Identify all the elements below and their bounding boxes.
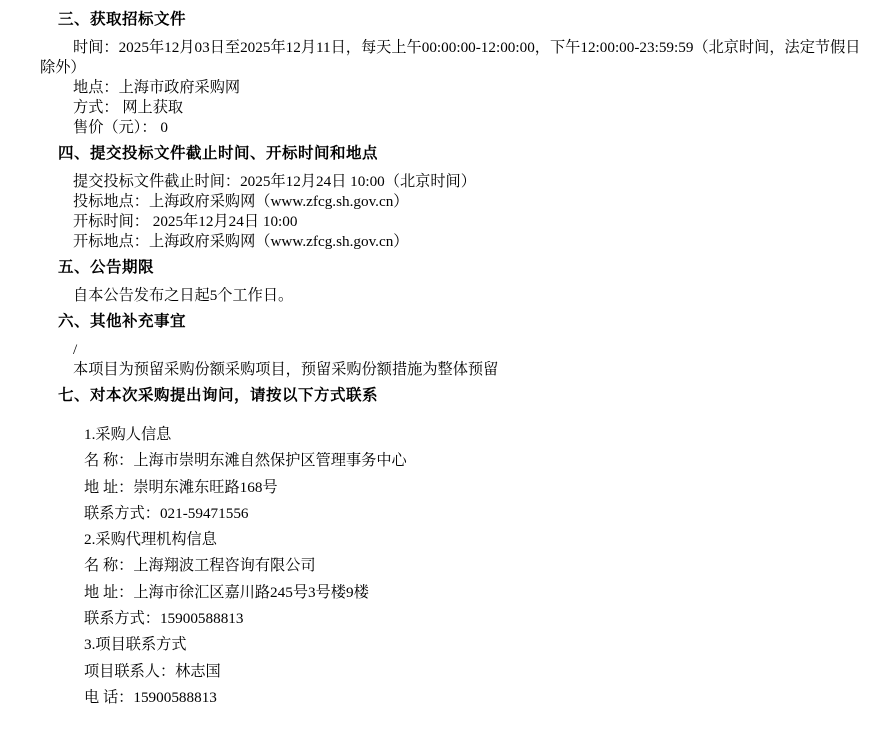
project-phone-line: 电 话：15900588813	[84, 685, 864, 711]
obtain-price-line: 售价（元）： 0	[40, 118, 864, 138]
section-4-submission-deadline-opening: 四、提交投标文件截止时间、开标时间和地点 提交投标文件截止时间：2025年12月…	[40, 144, 864, 252]
agency-address-line: 地 址：上海市徐汇区嘉川路245号3号楼9楼	[84, 580, 864, 606]
section-7-contact-information: 七、对本次采购提出询问，请按以下方式联系 1.采购人信息 名 称：上海市崇明东滩…	[40, 386, 864, 711]
slash-line: /	[40, 340, 864, 360]
section-6-heading: 六、其他补充事宜	[58, 312, 864, 332]
reserved-share-line: 本项目为预留采购份额采购项目，预留采购份额措施为整体预留	[40, 360, 864, 380]
section-5-heading: 五、公告期限	[58, 258, 864, 278]
section-5-announcement-period: 五、公告期限 自本公告发布之日起5个工作日。	[40, 258, 864, 306]
bid-opening-site-line: 开标地点：上海政府采购网（www.zfcg.sh.gov.cn）	[40, 232, 864, 252]
obtain-time-line: 时间：2025年12月03日至2025年12月11日，每天上午00:00:00-…	[40, 38, 864, 78]
section-3-heading: 三、获取招标文件	[58, 10, 864, 30]
obtain-location-line: 地点：上海市政府采购网	[40, 78, 864, 98]
procurement-notice-document: 三、获取招标文件 时间：2025年12月03日至2025年12月11日，每天上午…	[0, 0, 894, 744]
project-contact-label: 3.项目联系方式	[84, 632, 864, 658]
buyer-info-label: 1.采购人信息	[84, 422, 864, 448]
agency-name-line: 名 称：上海翔波工程咨询有限公司	[84, 553, 864, 579]
section-7-heading: 七、对本次采购提出询问，请按以下方式联系	[58, 386, 864, 406]
bid-opening-time-line: 开标时间： 2025年12月24日 10:00	[40, 212, 864, 232]
buyer-contact-line: 联系方式：021-59471556	[84, 501, 864, 527]
section-4-heading: 四、提交投标文件截止时间、开标时间和地点	[58, 144, 864, 164]
project-contact-person-line: 项目联系人：林志国	[84, 659, 864, 685]
agency-contact-line: 联系方式：15900588813	[84, 606, 864, 632]
section-3-obtain-bid-documents: 三、获取招标文件 时间：2025年12月03日至2025年12月11日，每天上午…	[40, 10, 864, 138]
submission-deadline-line: 提交投标文件截止时间：2025年12月24日 10:00（北京时间）	[40, 172, 864, 192]
buyer-address-line: 地 址：崇明东滩东旺路168号	[84, 475, 864, 501]
obtain-method-line: 方式： 网上获取	[40, 98, 864, 118]
bid-submission-site-line: 投标地点：上海政府采购网（www.zfcg.sh.gov.cn）	[40, 192, 864, 212]
announcement-period-line: 自本公告发布之日起5个工作日。	[40, 286, 864, 306]
section-6-other-supplementary-matters: 六、其他补充事宜 / 本项目为预留采购份额采购项目，预留采购份额措施为整体预留	[40, 312, 864, 380]
agency-info-label: 2.采购代理机构信息	[84, 527, 864, 553]
buyer-name-line: 名 称：上海市崇明东滩自然保护区管理事务中心	[84, 448, 864, 474]
